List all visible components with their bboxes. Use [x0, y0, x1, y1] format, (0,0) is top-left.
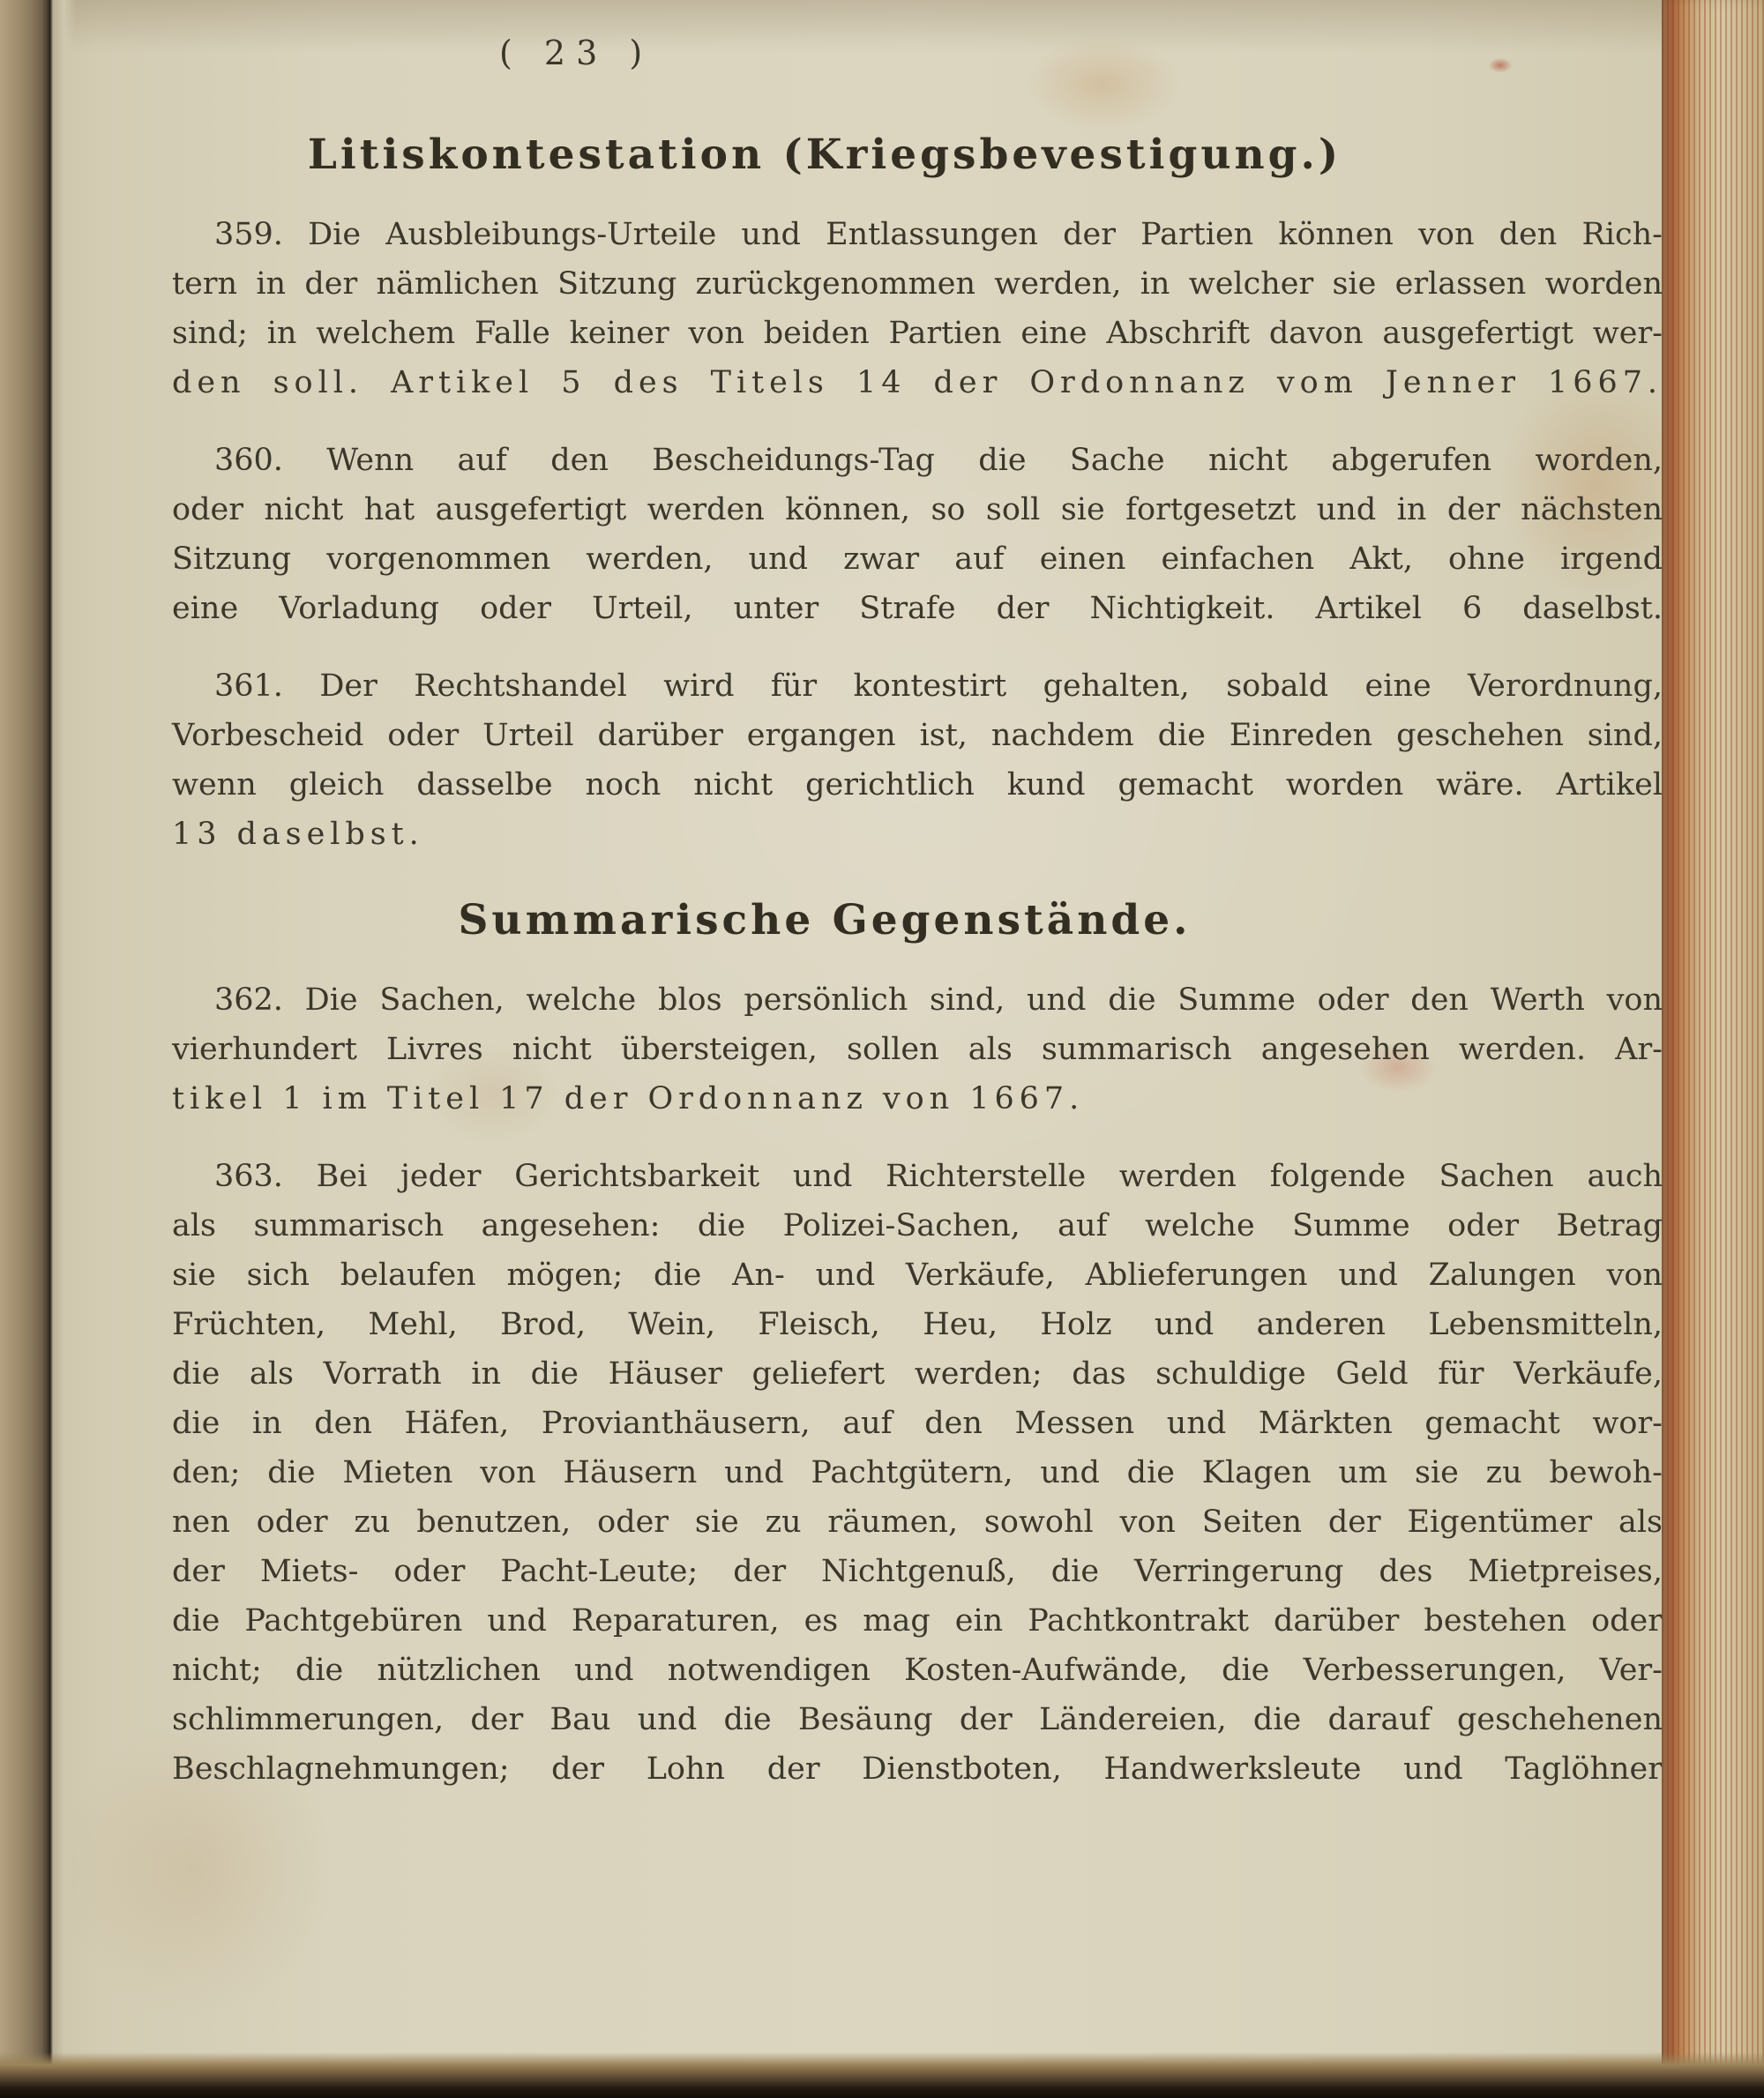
text-line: schlimmerungen, der Bau und die Besäung … — [172, 1695, 1663, 1744]
text-line: Beschlagnehmungen; der Lohn der Dienstbo… — [172, 1744, 1663, 1794]
text-line: oder nicht hat ausgefertigt werden könne… — [172, 485, 1663, 534]
text-line: wenn gleich dasselbe noch nicht gerichtl… — [172, 760, 1663, 810]
text-line: 362. Die Sachen, welche blos persönlich … — [172, 975, 1663, 1025]
text-line: eine Vorladung oder Urteil, unter Strafe… — [172, 584, 1663, 633]
text-line: nen oder zu benutzen, oder sie zu räumen… — [172, 1497, 1663, 1547]
text-line: vierhundert Livres nicht übersteigen, so… — [172, 1025, 1663, 1074]
paragraph-360: 360. Wenn auf den Bescheidungs-Tag die S… — [172, 436, 1663, 633]
text-line: 361. Der Rechtshandel wird für kontestir… — [172, 661, 1663, 711]
paragraph-363: 363. Bei jeder Gerichtsbarkeit und Richt… — [172, 1152, 1663, 1794]
text-line: die Pachtgebüren und Reparaturen, es mag… — [172, 1596, 1663, 1646]
text-line: tikel 1 im Titel 17 der Ordonnanz von 16… — [172, 1074, 1663, 1124]
page-edges-right — [1662, 0, 1764, 2098]
text-line: den; die Mieten von Häusern und Pachtgüt… — [172, 1448, 1663, 1497]
text-line: Vorbescheid oder Urteil darüber ergangen… — [172, 711, 1663, 760]
text-line: 359. Die Ausbleibungs-Urteile und Entlas… — [172, 210, 1663, 259]
text-line: Früchten, Mehl, Brod, Wein, Fleisch, Heu… — [172, 1300, 1663, 1349]
text-line: sie sich belaufen mögen; die An- und Ver… — [172, 1251, 1663, 1300]
paragraph-361: 361. Der Rechtshandel wird für kontestir… — [172, 661, 1663, 859]
text-line: Sitzung vorgenommen werden, und zwar auf… — [172, 534, 1663, 584]
page-number: ( 23 ) — [499, 34, 653, 72]
text-line: 363. Bei jeder Gerichtsbarkeit und Richt… — [172, 1152, 1663, 1201]
section-heading: Litiskontestation (Kriegsbevestigung.) — [172, 129, 1663, 182]
text-line: die in den Häfen, Provianthäusern, auf d… — [172, 1399, 1663, 1448]
paragraph-362: 362. Die Sachen, welche blos persönlich … — [172, 975, 1663, 1124]
text-line: den soll. Artikel 5 des Titels 14 der Or… — [172, 358, 1663, 407]
section-heading: Summarische Gegenstände. — [172, 894, 1663, 947]
text-line: tern in der nämlichen Sitzung zurückgeno… — [172, 259, 1663, 309]
text-line: der Miets- oder Pacht-Leute; der Nichtge… — [172, 1547, 1663, 1596]
text-line: 360. Wenn auf den Bescheidungs-Tag die S… — [172, 436, 1663, 485]
text-line: die als Vorrath in die Häuser geliefert … — [172, 1349, 1663, 1399]
text-line: als summarisch angesehen: die Polizei-Sa… — [172, 1201, 1663, 1251]
page-content: Litiskontestation (Kriegsbevestigung.)35… — [172, 129, 1663, 1794]
text-line: sind; in welchem Falle keiner von beiden… — [172, 309, 1663, 358]
book-scan: ( 23 ) Litiskontestation (Kriegsbevestig… — [0, 0, 1764, 2098]
text-line: 13 daselbst. — [172, 810, 1663, 859]
paragraph-359: 359. Die Ausbleibungs-Urteile und Entlas… — [172, 210, 1663, 407]
text-line: nicht; die nützlichen und notwendigen Ko… — [172, 1646, 1663, 1695]
